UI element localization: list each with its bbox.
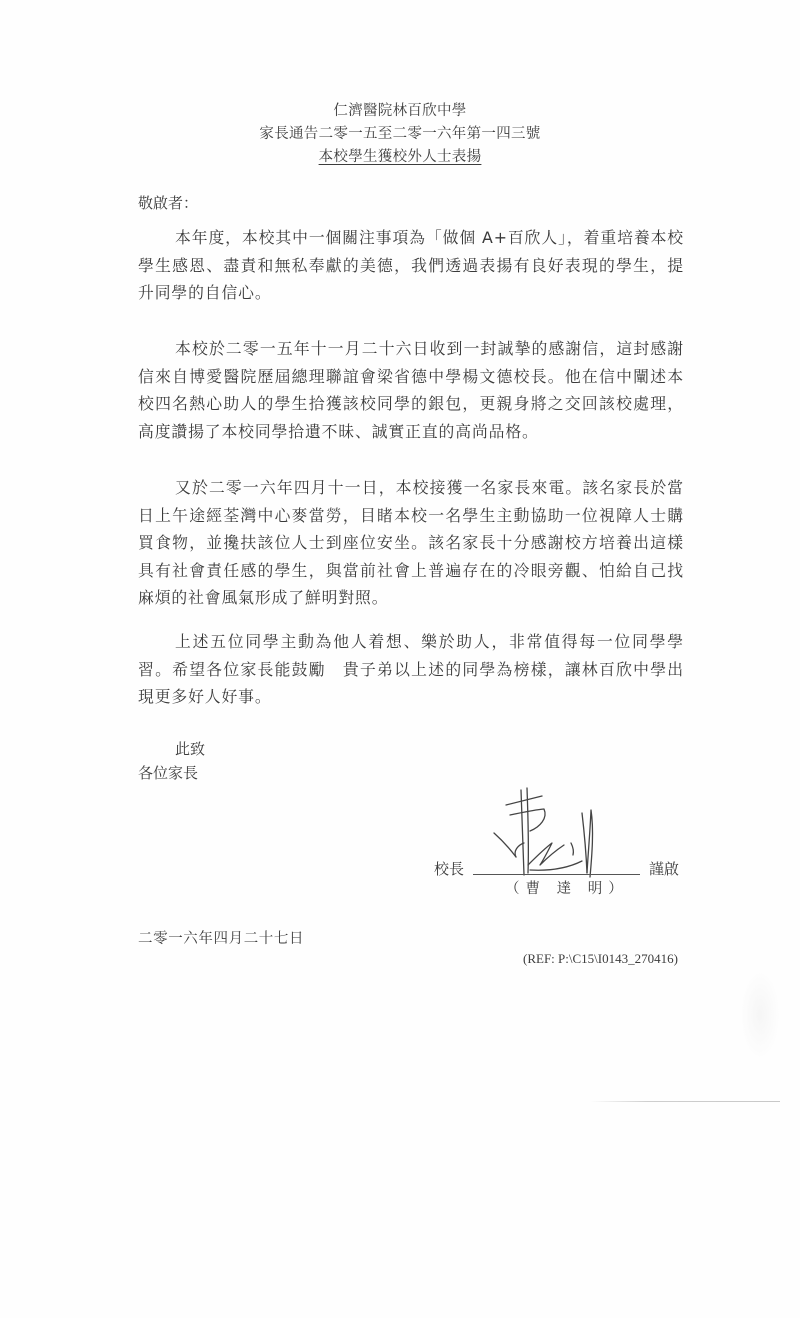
closing-line-1: 此致 bbox=[175, 739, 205, 759]
paragraph-3: 又於二零一六年四月十一日，本校接獲一名家長來電。該名家長於當日上午途經荃灣中心麥… bbox=[138, 474, 684, 612]
principal-name: （曹 達 明） bbox=[505, 879, 629, 899]
document-header: 仁濟醫院林百欣中學 家長通告二零一五至二零一六年第一四三號 本校學生獲校外人士表… bbox=[0, 101, 800, 167]
scan-line-artifact bbox=[590, 1101, 780, 1102]
document-page: 仁濟醫院林百欣中學 家長通告二零一五至二零一六年第一四三號 本校學生獲校外人士表… bbox=[0, 0, 800, 1318]
document-date: 二零一六年四月二十七日 bbox=[138, 929, 304, 949]
paragraph-2: 本校於二零一五年十一月二十六日收到一封誠摯的感謝信，這封感謝信來自博愛醫院歷屆總… bbox=[138, 335, 684, 445]
principal-signature-icon bbox=[478, 785, 618, 885]
scan-artifact bbox=[740, 970, 780, 1060]
paragraph-4: 上述五位同學主動為他人着想、樂於助人，非常值得每一位同學學習。希望各位家長能鼓勵… bbox=[138, 628, 684, 711]
principal-title: 校長 bbox=[434, 859, 464, 879]
signature-line bbox=[473, 874, 640, 875]
closing-line-2: 各位家長 bbox=[138, 763, 198, 783]
school-name: 仁濟醫院林百欣中學 bbox=[0, 101, 800, 121]
salutation: 敬啟者： bbox=[138, 193, 198, 213]
paragraph-1: 本年度，本校其中一個關注事項為「做個 A+百欣人」，着重培養本校學生感恩、盡責和… bbox=[138, 224, 684, 307]
reference-code: (REF: P:\C15\I0143_270416) bbox=[523, 950, 678, 968]
notice-subject: 本校學生獲校外人士表揚 bbox=[0, 147, 800, 167]
sign-off: 謹啟 bbox=[649, 859, 679, 879]
notice-number: 家長通告二零一五至二零一六年第一四三號 bbox=[0, 124, 800, 144]
